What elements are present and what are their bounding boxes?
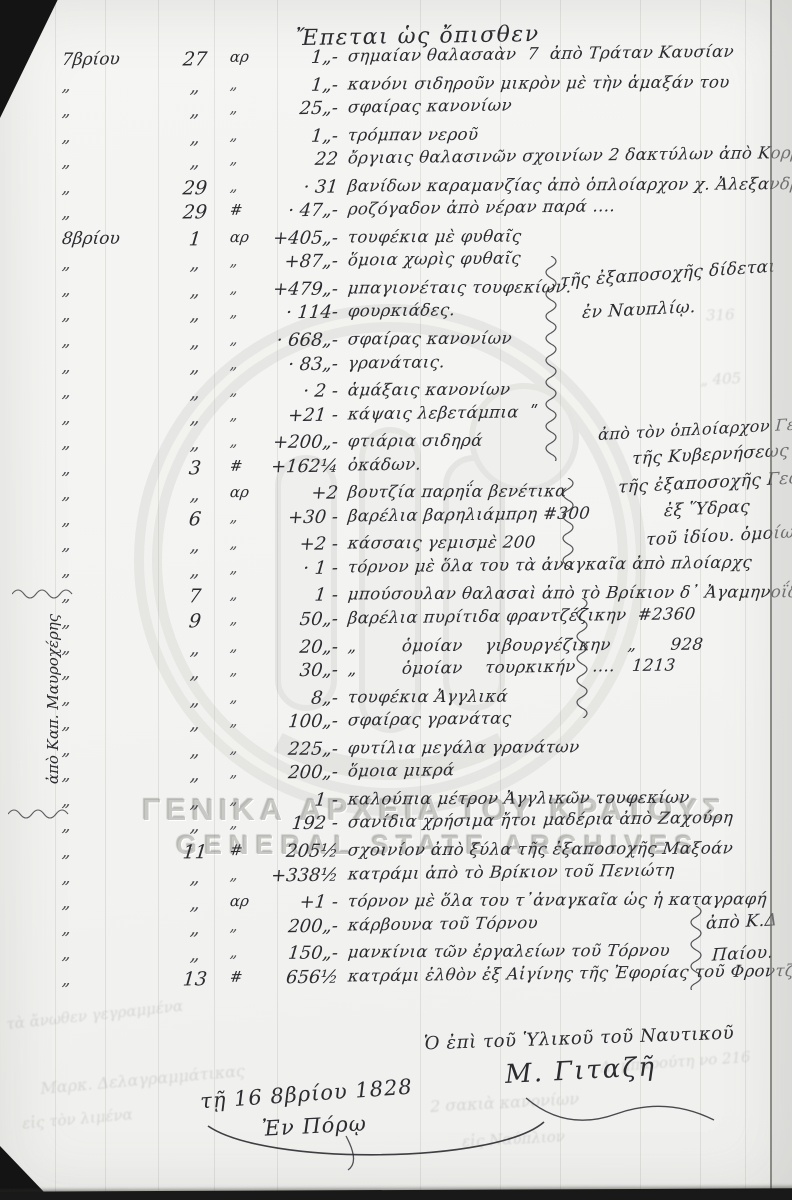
date-month: „ [61, 75, 72, 95]
date-day: „ [167, 712, 223, 735]
quantity: +1 - [235, 892, 339, 914]
item-description: φουρκιάδες. [347, 301, 456, 321]
quantity: 1„- [235, 74, 339, 96]
date-month: „ [61, 382, 72, 402]
date-day: 1 [167, 228, 223, 250]
date-month: „ [61, 714, 72, 734]
date-day: „ [167, 432, 223, 454]
date-day: „ [167, 535, 223, 557]
item-description: σανίδια χρήσιμα ἤτοι μαδέρια ἀπὸ Ζαχούρη [347, 808, 734, 832]
quantity: +338½ [235, 864, 339, 886]
ledger-rows: 7βρίου27αρ1„-σημαίαν θαλασαὰν 7 ἀπὸ Τράτ… [0, 49, 792, 994]
quantity: +21 - [235, 404, 339, 426]
date-month: „ [61, 893, 72, 913]
quantity: +30 - [235, 506, 339, 528]
quantity: · 2 - [235, 381, 339, 403]
item-description: κατράμι ἀπὸ τὸ Βρίκιον τοῦ Πενιώτη [347, 860, 676, 883]
date-month: „ [61, 305, 72, 325]
date-day: „ [167, 814, 223, 837]
quantity: 100„- [235, 711, 339, 733]
date-month: „ [61, 331, 72, 351]
date-day: 3 [167, 457, 223, 480]
date-day: 27 [167, 48, 223, 71]
quantity: 656½ [235, 966, 339, 988]
date-month: „ [61, 918, 72, 938]
date-day: „ [167, 381, 223, 403]
date-month: „ [61, 127, 72, 147]
date-month: „ [61, 459, 72, 479]
item-description: μπούσουλαν θαλασαὶ ἀπὸ τὸ Βρίκιον δ᾽ Ἀγα… [347, 582, 792, 604]
quantity: 192 - [235, 813, 339, 835]
item-description: τουφέκια Ἀγγλικά [347, 686, 509, 706]
item-description: σημαίαν θαλασαὰν 7 ἀπὸ Τράταν Καυσίαν [347, 42, 735, 66]
date-month: „ [61, 101, 72, 121]
quantity: +87„- [235, 251, 339, 273]
date-day: „ [167, 763, 223, 786]
quantity: 205½ [235, 840, 339, 862]
date-day: „ [167, 559, 223, 582]
item-description: βανίδων καραμανζίας ἀπὸ ὁπλοίαρχον χ. Ἀλ… [347, 174, 792, 195]
item-description: κάρβουνα τοῦ Τόρνου [347, 913, 539, 934]
date-month: „ [61, 612, 72, 632]
quantity: 150„- [235, 943, 339, 965]
date-month: „ [61, 433, 72, 453]
date-month: „ [61, 944, 72, 964]
date-month: „ [61, 254, 72, 274]
brace-squiggle [688, 906, 708, 990]
item-description: μανκίνια τῶν ἐργαλείων τοῦ Τόρνου [347, 941, 671, 962]
place-ellipse-flourish [196, 1100, 556, 1172]
quantity: +479„- [235, 278, 339, 300]
date-day: „ [167, 661, 223, 684]
date-day: „ [167, 303, 223, 326]
date-day: 29 [167, 201, 223, 224]
date-day: „ [167, 739, 223, 761]
signature-name: Μ. Γιταζῆ [504, 1052, 656, 1090]
scan-corner-bottom-left [0, 1146, 44, 1192]
item-description: φτιάρια σιδηρά [347, 431, 484, 451]
date-day: „ [167, 330, 223, 352]
item-description: ροζόγαδον ἀπὸ νέραν παρά .... [347, 196, 616, 218]
quantity: · 47„- [235, 200, 339, 222]
date-month: „ [61, 178, 72, 198]
quantity: · 83„- [235, 353, 339, 375]
date-day: „ [167, 866, 223, 889]
item-description: βαρέλια βαρηλιάμπρη #300 [347, 503, 591, 525]
date-day: 13 [167, 968, 223, 991]
date-month: 7βρίου [61, 49, 121, 70]
item-description: τρόμπαν νεροῦ [347, 124, 479, 144]
quantity: 1„- [235, 47, 339, 69]
quantity: +405„- [235, 227, 339, 249]
item-description: μπαγιονέταις τουφεκίων. [347, 277, 573, 297]
item-description: καλούπια μέτρον Ἀγγλικῶν τουφεκίων [347, 788, 691, 809]
item-description: βαρέλια πυρίτιδα φραντζέζικην #2360 [347, 604, 696, 627]
date-month: „ [61, 280, 72, 300]
item-description: ὀκάδων. [347, 454, 422, 474]
date-day: 7 [167, 586, 223, 608]
date-day: „ [167, 483, 223, 505]
quantity: 200„- [235, 762, 339, 784]
date-day: 11 [167, 841, 223, 863]
quantity: 1 - [235, 585, 339, 607]
quantity: 50„- [235, 609, 339, 631]
date-month: „ [61, 663, 72, 683]
item-description: κανόνι σιδηροῦν μικρὸν μὲ τὴν ἁμαξάν του [347, 72, 731, 93]
note-kd-line2: Παίου. [712, 942, 774, 965]
brace-squiggle [560, 478, 580, 570]
note-kd-line1: ἀπὸ Κ.Δ [706, 910, 778, 934]
date-month: „ [61, 638, 72, 658]
date-day: „ [167, 892, 223, 914]
date-day: 29 [167, 177, 223, 199]
date-month: 8βρίου [61, 229, 121, 249]
quantity: +162¼ [235, 455, 339, 477]
quantity: 1„- [235, 125, 339, 147]
date-day: „ [167, 126, 223, 148]
date-day: „ [167, 355, 223, 378]
date-day: „ [167, 252, 223, 275]
item-description: τουφέκια μὲ φυθαῖς [347, 226, 522, 246]
item-description: ὅμοια μικρά [347, 760, 455, 780]
quantity: 20„- [235, 636, 339, 658]
item-description: γρανάταις. [347, 352, 446, 372]
date-day: 6 [167, 508, 223, 531]
scan-bottom-band [0, 1188, 792, 1200]
quantity: 225„- [235, 738, 339, 760]
quantity: · 31 [235, 176, 339, 198]
quantity: 8„- [235, 687, 339, 709]
item-description: κάψαις λεβετάμπια ʺ [347, 402, 539, 423]
margin-squiggle [8, 806, 78, 822]
signature-title: Ὁ ἐπὶ τοῦ Ὑλικοῦ τοῦ Ναυτικοῦ [424, 1023, 735, 1055]
item-description: ὅμοια χωρὶς φυθαῖς [347, 249, 522, 270]
quantity: 200„- [235, 915, 339, 937]
date-day: „ [167, 790, 223, 812]
date-day: „ [167, 99, 223, 122]
quantity: · 114- [235, 302, 339, 324]
quantity: 25„- [235, 98, 339, 120]
date-day: „ [167, 279, 223, 301]
date-day: „ [167, 637, 223, 659]
quantity: +200„- [235, 432, 339, 454]
quantity: +2 - [235, 534, 339, 556]
date-day: „ [167, 943, 223, 965]
date-month: „ [61, 740, 72, 760]
date-day: „ [167, 75, 223, 97]
item-description: σφαίρας κανονίων [347, 329, 513, 349]
quantity: 22 [235, 149, 339, 171]
date-month: „ [61, 842, 72, 862]
quantity: · 1 - [235, 558, 339, 580]
item-description: τόρνον μὲ ὅλα του τὰ ἀναγκαῖα ἀπὸ πλοίαρ… [347, 552, 753, 576]
item-description: σφαίρας γρανάτας [347, 709, 512, 730]
date-month: „ [61, 484, 72, 504]
date-month: „ [61, 561, 72, 581]
date-day: „ [167, 150, 223, 173]
page-edge-shadow [770, 0, 792, 1200]
item-description: βουτζία παρηΐα βενέτικα [347, 482, 568, 502]
item-description: „ ὁμοίαν γιβουργέζικην „ 928 [347, 634, 704, 655]
quantity: 1 - [235, 789, 339, 811]
item-description: ὄργιαις θαλασινῶν σχοινίων 2 δακτύλων ἀπ… [347, 143, 792, 168]
date-day: „ [167, 688, 223, 710]
table-row: 7βρίου27αρ1„-σημαίαν θαλασαὰν 7 ἀπὸ Τράτ… [0, 40, 792, 75]
brace-squiggle [543, 256, 563, 461]
date-day: 9 [167, 610, 223, 633]
item-description: σχοινίον ἀπὸ ξύλα τῆς ἐξαποσοχῆς Μαξοάν [347, 838, 734, 859]
date-month: „ [61, 689, 72, 709]
date-month: „ [61, 510, 72, 530]
date-month: „ [61, 765, 72, 785]
item-description: ἁμάξαις κανονίων [347, 380, 511, 400]
date-month: „ [61, 535, 72, 555]
item-description: „ ὁμοίαν τουρκικήν .... 1213 [347, 656, 677, 679]
scanned-document-page: 316„ 405τὰ ἄνωθεν γεγραμμέναΜαρκ. Δελαγρ… [0, 0, 792, 1200]
quantity: · 668„- [235, 330, 339, 352]
date-month: „ [61, 203, 72, 223]
date-month: „ [61, 356, 72, 376]
bleed-through-text: εἰς τὸν λιμένα [21, 1105, 133, 1133]
date-day: „ [167, 406, 223, 429]
date-month: „ [61, 152, 72, 172]
brace-squiggle [574, 598, 594, 718]
date-month: „ [61, 867, 72, 887]
margin-note-vertical: ἀπὸ Καπ. Μαυροχέρης [44, 574, 62, 824]
item-description: σφαίρας κανονίων [347, 96, 513, 117]
quantity: +2 [235, 483, 339, 505]
date-day: „ [167, 917, 223, 940]
item-description: φυτίλια μεγάλα γρανάτων [347, 737, 581, 757]
item-description: κάσσαις γεμισμὲ 200 [347, 533, 537, 553]
date-month: „ [61, 408, 72, 428]
date-month: „ [61, 970, 72, 990]
quantity: 30„- [235, 660, 339, 682]
